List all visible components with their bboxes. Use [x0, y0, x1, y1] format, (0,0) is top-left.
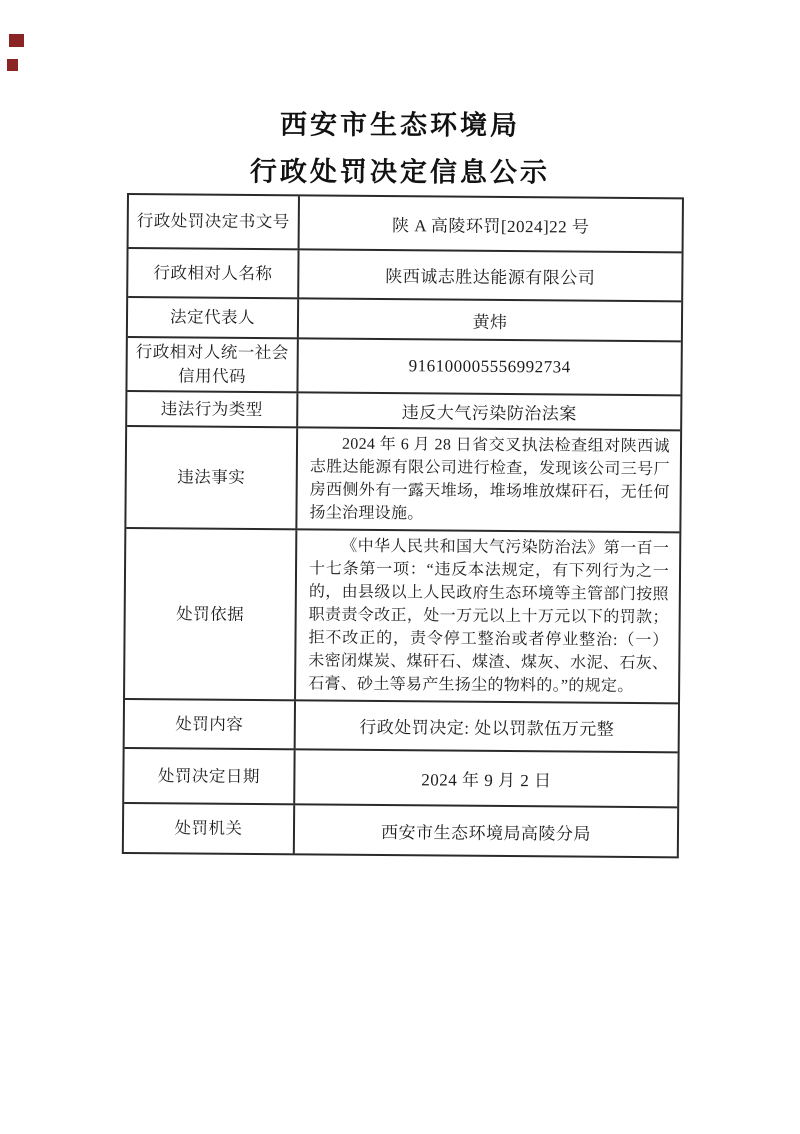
row-violation-type: 违法行为类型 违反大气污染防治法案 — [127, 390, 680, 429]
field-value-violation-type: 违反大气污染防治法案 — [298, 393, 680, 429]
field-value-credit-code: 916100005556992734 — [298, 339, 680, 394]
field-label-penalty-authority: 处罚机关 — [124, 804, 295, 853]
field-label-credit-code: 行政相对人统一社会信用代码 — [127, 338, 298, 391]
document-title-block: 西安市生态环境局 行政处罚决定信息公示 — [0, 101, 800, 198]
field-label-party-name: 行政相对人名称 — [128, 249, 299, 297]
row-penalty-basis: 处罚依据 《中华人民共和国大气污染防治法》第一百一十七条第一项：“违反本法规定，… — [125, 527, 679, 702]
penalty-info-table: 行政处罚决定书文号 陕 A 高陵环罚[2024]22 号 行政相对人名称 陕西诚… — [122, 193, 684, 858]
row-party-name: 行政相对人名称 陕西诚志胜达能源有限公司 — [128, 247, 681, 300]
field-value-penalty-date: 2024 年 9 月 2 日 — [295, 750, 677, 806]
row-penalty-content: 处罚内容 行政处罚决定: 处以罚款伍万元整 — [125, 698, 678, 751]
field-label-violation-type: 违法行为类型 — [127, 392, 298, 426]
field-value-penalty-authority: 西安市生态环境局高陵分局 — [295, 805, 677, 856]
row-penalty-authority: 处罚机关 西安市生态环境局高陵分局 — [124, 802, 677, 856]
page-title-line2: 行政处罚决定信息公示 — [0, 148, 800, 198]
document-page: 西安市生态环境局 行政处罚决定信息公示 行政处罚决定书文号 陕 A 高陵环罚[2… — [0, 0, 800, 1134]
field-label-violation-facts: 违法事实 — [126, 427, 298, 528]
field-value-violation-facts: 2024 年 6 月 28 日省交叉执法检查组对陕西诚志胜达能源有限公司进行检查… — [297, 428, 680, 531]
field-value-penalty-content: 行政处罚决定: 处以罚款伍万元整 — [296, 701, 678, 751]
field-label-penalty-basis: 处罚依据 — [125, 529, 297, 699]
field-value-doc-number: 陕 A 高陵环罚[2024]22 号 — [300, 196, 682, 251]
row-doc-number: 行政处罚决定书文号 陕 A 高陵环罚[2024]22 号 — [129, 195, 682, 251]
field-value-legal-representative: 黄炜 — [299, 299, 681, 340]
page-title-line1: 西安市生态环境局 — [0, 101, 800, 151]
field-label-penalty-date: 处罚决定日期 — [124, 749, 295, 803]
scan-red-mark-1 — [9, 34, 24, 47]
scan-red-mark-2 — [7, 59, 18, 71]
row-legal-representative: 法定代表人 黄炜 — [128, 296, 681, 340]
row-credit-code: 行政相对人统一社会信用代码 916100005556992734 — [127, 336, 680, 394]
row-penalty-date: 处罚决定日期 2024 年 9 月 2 日 — [124, 747, 677, 806]
field-label-doc-number: 行政处罚决定书文号 — [129, 195, 300, 248]
field-value-party-name: 陕西诚志胜达能源有限公司 — [299, 250, 681, 300]
row-violation-facts: 违法事实 2024 年 6 月 28 日省交叉执法检查组对陕西诚志胜达能源有限公… — [126, 425, 680, 531]
field-value-penalty-basis: 《中华人民共和国大气污染防治法》第一百一十七条第一项：“违反本法规定，有下列行为… — [296, 530, 679, 702]
field-label-legal-representative: 法定代表人 — [128, 298, 299, 337]
field-label-penalty-content: 处罚内容 — [125, 700, 296, 748]
